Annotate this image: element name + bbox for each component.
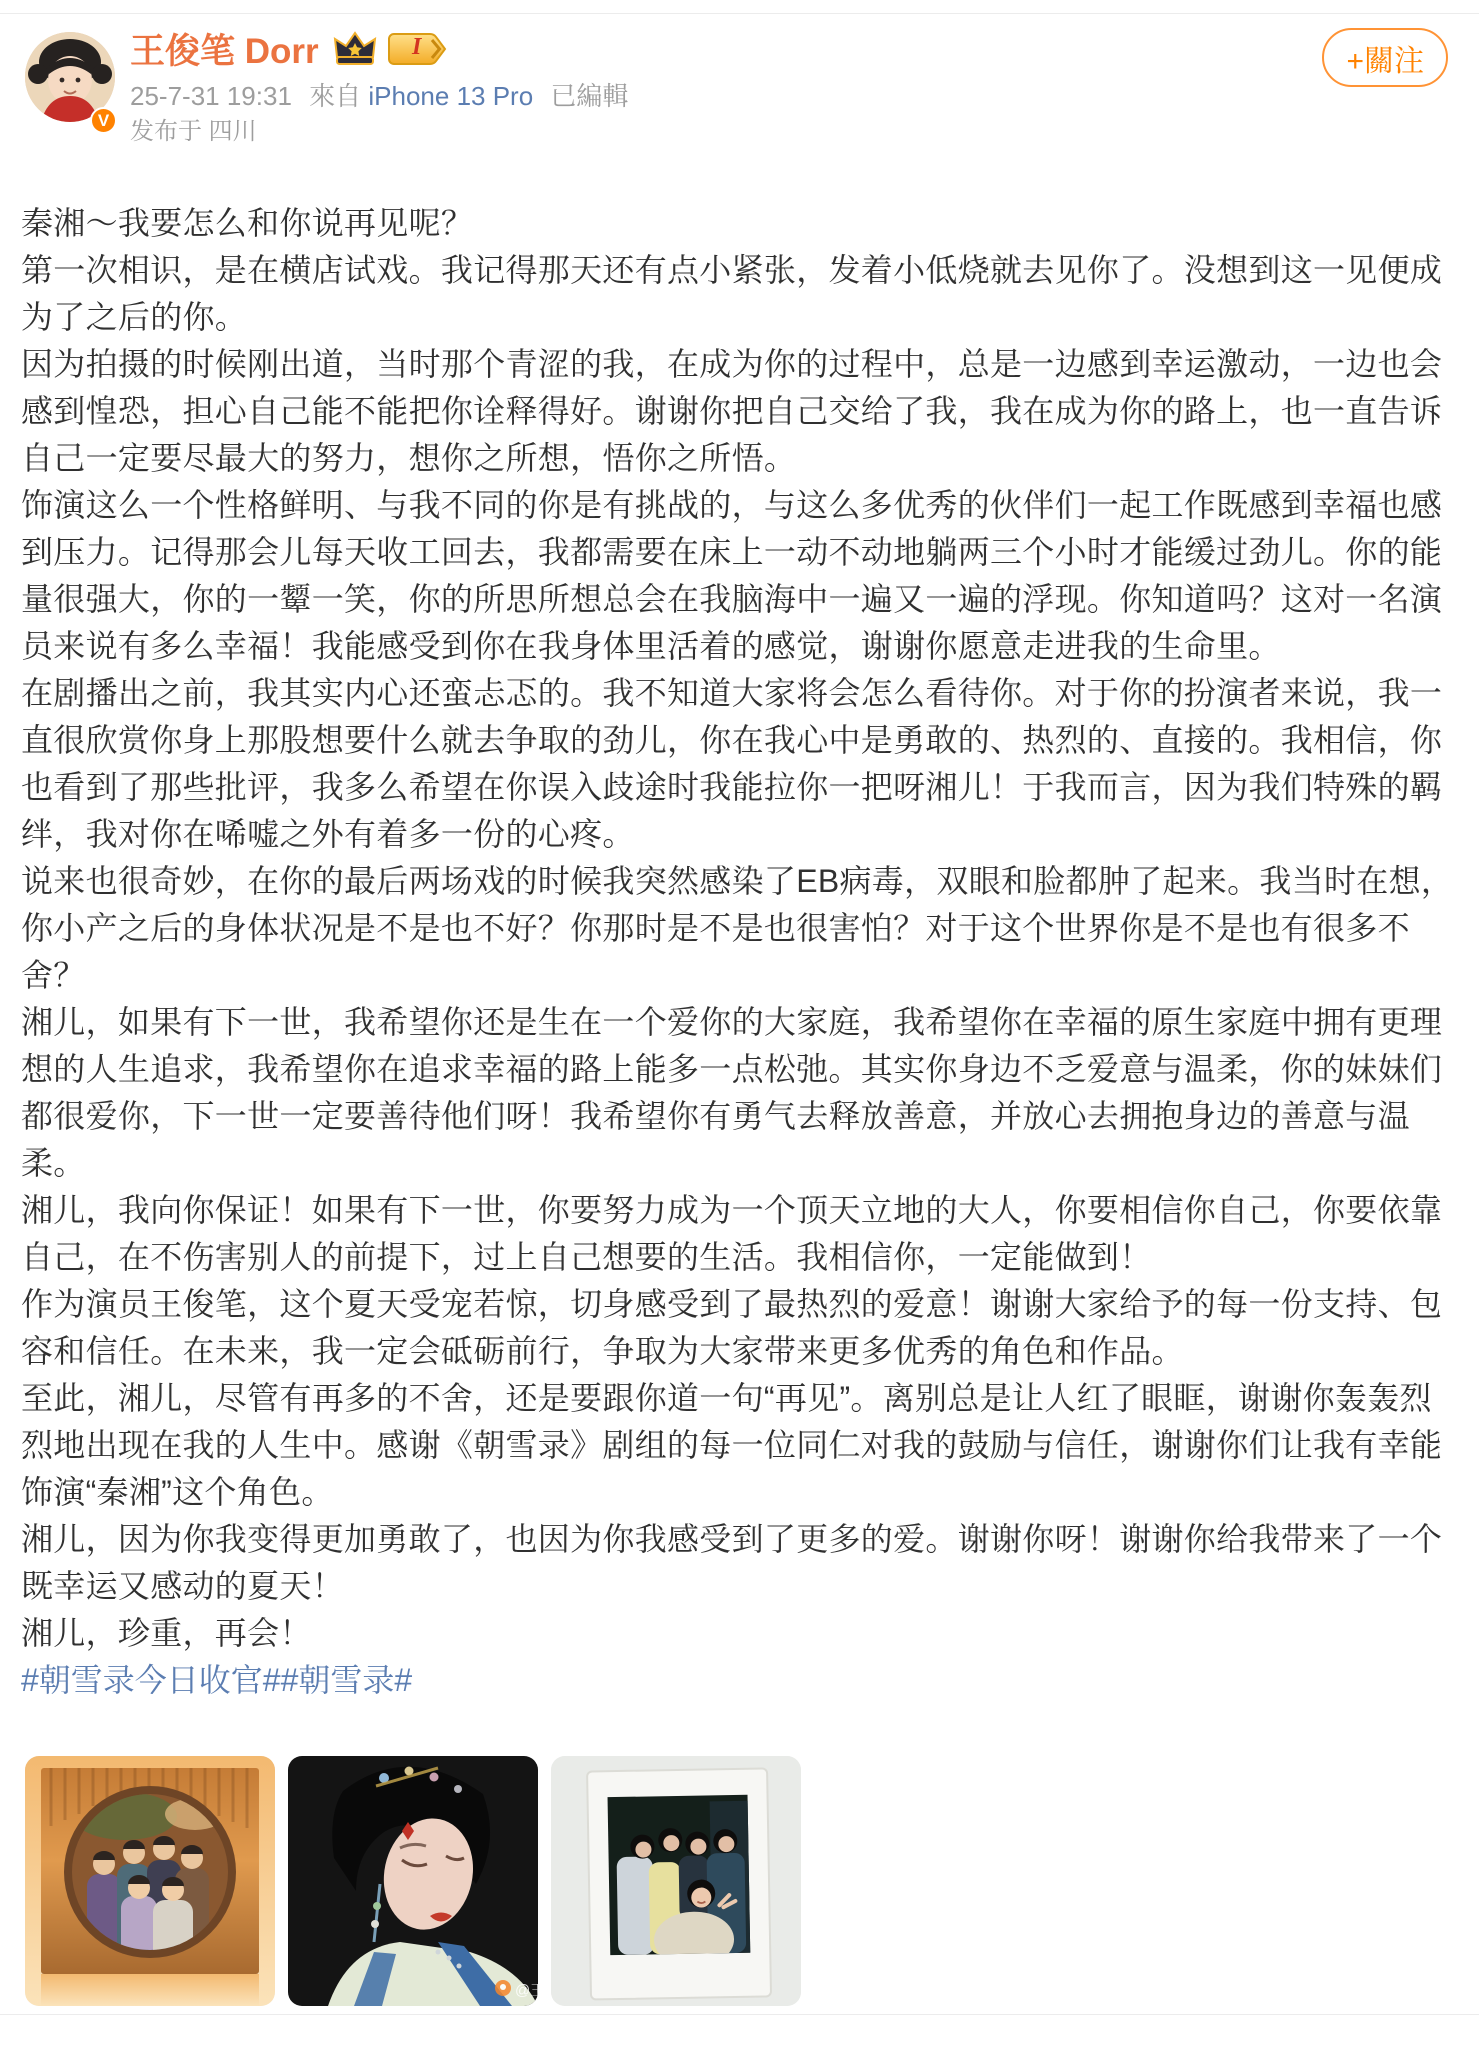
- post-paragraph: 秦湘～我要怎么和你说再见呢？: [21, 200, 1458, 247]
- post-paragraph: 至此，湘儿，尽管有再多的不舍，还是要跟你道一句“再见”。离别总是让人红了眼眶，谢…: [21, 1375, 1458, 1516]
- post-paragraph: 湘儿，我向你保证！如果有下一世，你要努力成为一个顶天立地的大人，你要相信你自己，…: [21, 1187, 1458, 1281]
- post-text: 秦湘～我要怎么和你说再见呢？第一次相识，是在横店试戏。我记得那天还有点小紧张，发…: [0, 200, 1479, 1657]
- post-paragraph: 因为拍摄的时候刚出道，当时那个青涩的我，在成为你的过程中，总是一边感到幸运激动，…: [21, 341, 1458, 482]
- hashtag-link[interactable]: #朝雪录#: [281, 1662, 413, 1698]
- post-location: 发布于 四川: [130, 111, 257, 146]
- vip-level-letter: I: [405, 34, 429, 61]
- post-header: V 王俊笔 Dorr: [0, 14, 1479, 186]
- source-prefix: 來自: [309, 81, 361, 111]
- top-divider: [0, 0, 1479, 14]
- post-paragraph: 湘儿，因为你我变得更加勇敢了，也因为你我感受到了更多的爱。谢谢你呀！谢谢你给我带…: [21, 1516, 1458, 1610]
- post-paragraph: 作为演员王俊笔，这个夏天受宠若惊，切身感受到了最热烈的爱意！谢谢大家给予的每一份…: [21, 1281, 1458, 1375]
- post-meta-line: 25-7-31 19:31 來自 iPhone 13 Pro 已編輯: [130, 76, 628, 113]
- crown-icon: [333, 30, 377, 68]
- costume-portrait-photo: @王: [288, 1756, 538, 2006]
- post-paragraph: 湘儿，珍重，再会！: [21, 1610, 1458, 1657]
- post-paragraph: 第一次相识，是在横店试戏。我记得那天还有点小紧张，发着小低烧就去见你了。没想到这…: [21, 247, 1458, 341]
- vip-level-badge: I: [387, 31, 449, 67]
- bottom-divider: [0, 2014, 1479, 2015]
- post-paragraph: 湘儿，如果有下一世，我希望你还是生在一个爱你的大家庭，我希望你在幸福的原生家庭中…: [21, 999, 1458, 1187]
- verified-badge-icon: V: [90, 107, 117, 134]
- post-image-3[interactable]: [551, 1756, 801, 2006]
- post-paragraph: 饰演这么一个性格鲜明、与我不同的你是有挑战的，与这么多优秀的伙伴们一起工作既感到…: [21, 482, 1458, 670]
- weibo-post-card: V 王俊笔 Dorr: [0, 0, 1479, 2064]
- polaroid-group-photo: [551, 1756, 801, 2006]
- edited-label: 已編輯: [550, 81, 628, 111]
- post-image-2[interactable]: @王: [288, 1756, 538, 2006]
- post-paragraph: 在剧播出之前，我其实内心还蛮忐忑的。我不知道大家将会怎么看待你。对于你的扮演者来…: [21, 670, 1458, 858]
- author-name[interactable]: 王俊笔 Dorr: [130, 24, 319, 74]
- post-paragraph: 说来也很奇妙，在你的最后两场戏的时候我突然感染了EB病毒，双眼和脸都肿了起来。我…: [21, 858, 1458, 999]
- follow-button[interactable]: +關注: [1322, 28, 1448, 87]
- post-image-1[interactable]: [25, 1756, 275, 2006]
- moon-gate-group-photo: [25, 1756, 275, 2006]
- hashtag-row: #朝雪录今日收官##朝雪录#: [0, 1657, 1479, 1704]
- author-name-row: 王俊笔 Dorr I: [130, 24, 449, 74]
- post-image-grid: @王: [0, 1756, 1479, 2006]
- post-timestamp: 25-7-31 19:31: [130, 81, 292, 111]
- svg-text:@王: @王: [515, 1982, 538, 1999]
- hashtag-link[interactable]: #朝雪录今日收官#: [21, 1662, 281, 1698]
- post-source-link[interactable]: iPhone 13 Pro: [368, 81, 533, 111]
